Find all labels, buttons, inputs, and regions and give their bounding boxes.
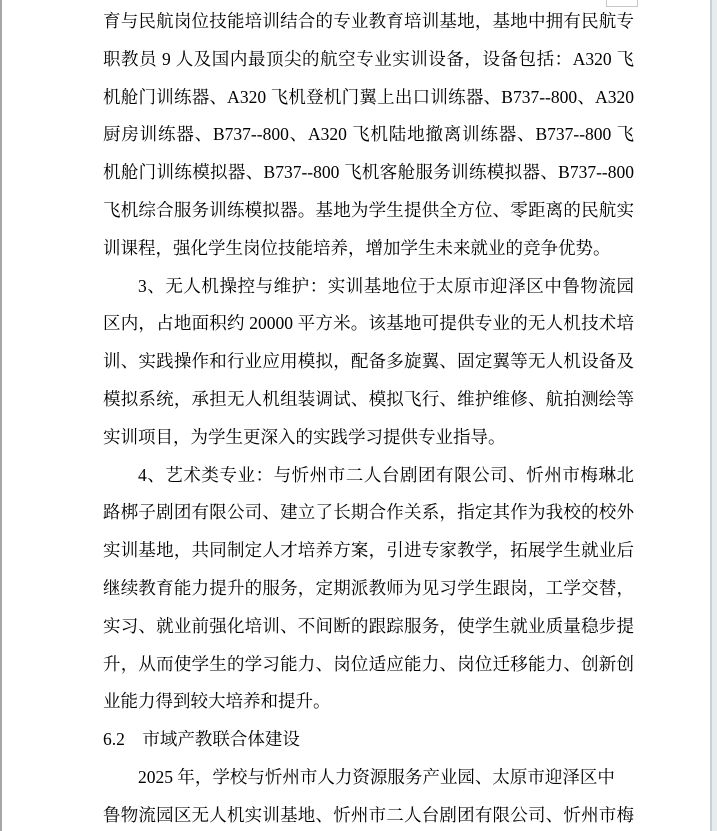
text-line: 职教员 9 人及国内最顶尖的航空专业实训设备，设备包括：A320 飞	[103, 41, 634, 79]
text-line: 厨房训练器、B737--800、A320 飞机陆地撤离训练器、B737--800…	[103, 116, 634, 154]
document-page: 育与民航岗位技能培训结合的专业教育培训基地，基地中拥有民航专职教员 9 人及国内…	[0, 0, 717, 831]
text-line: 业能力得到较大培养和提升。	[103, 683, 634, 721]
right-gutter	[712, 0, 717, 831]
text-line: 育与民航岗位技能培训结合的专业教育培训基地，基地中拥有民航专	[103, 3, 634, 41]
text-line: 飞机综合服务训练模拟器。基地为学生提供全方位、零距离的民航实	[103, 192, 634, 230]
text-line: 2025 年，学校与忻州市人力资源服务产业园、太原市迎泽区中	[103, 759, 634, 797]
text-line: 训、实践操作和行业应用模拟，配备多旋翼、固定翼等无人机设备及	[103, 343, 634, 381]
section-heading: 6.2 市域产教联合体建设	[103, 721, 634, 759]
text-line: 实训项目，为学生更深入的实践学习提供专业指导。	[103, 419, 634, 457]
text-line: 模拟系统，承担无人机组装调试、模拟飞行、维护维修、航拍测绘等	[103, 381, 634, 419]
left-page-edge	[0, 0, 2, 831]
text-line: 3、无人机操控与维护：实训基地位于太原市迎泽区中鲁物流园	[103, 268, 634, 306]
text-line: 4、艺术类专业：与忻州市二人台剧团有限公司、忻州市梅琳北	[103, 457, 634, 495]
text-line: 继续教育能力提升的服务，定期派教师为见习学生跟岗，工学交替，	[103, 570, 634, 608]
text-line: 机舱门训练器、A320 飞机登机门翼上出口训练器、B737--800、A320	[103, 79, 634, 117]
text-line: 升，从而使学生的学习能力、岗位适应能力、岗位迁移能力、创新创	[103, 646, 634, 684]
text-line: 机舱门训练模拟器、B737--800 飞机客舱服务训练模拟器、B737--800	[103, 154, 634, 192]
text-line: 区内，占地面积约 20000 平方米。该基地可提供专业的无人机技术培	[103, 305, 634, 343]
text-line: 实习、就业前强化培训、不间断的跟踪服务，使学生就业质量稳步提	[103, 608, 634, 646]
text-area[interactable]: 育与民航岗位技能培训结合的专业教育培训基地，基地中拥有民航专职教员 9 人及国内…	[103, 3, 634, 831]
text-line: 训课程，强化学生岗位技能培养，增加学生未来就业的竞争优势。	[103, 230, 634, 268]
text-line: 鲁物流园区无人机实训基地、忻州市二人台剧团有限公司、忻州市梅	[103, 797, 634, 831]
text-line: 路梆子剧团有限公司、建立了长期合作关系，指定其作为我校的校外	[103, 494, 634, 532]
text-line: 实训基地，共同制定人才培养方案，引进专家教学，拓展学生就业后	[103, 532, 634, 570]
clipped-top-element	[606, 0, 638, 7]
